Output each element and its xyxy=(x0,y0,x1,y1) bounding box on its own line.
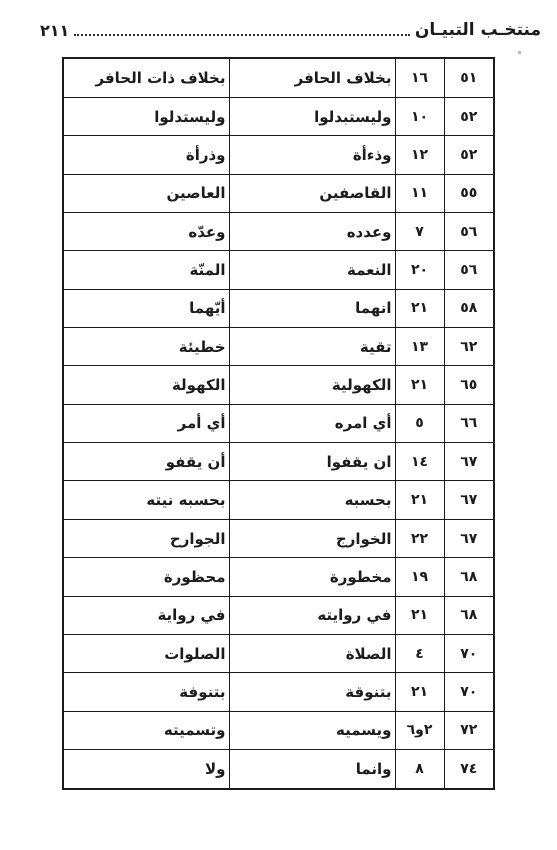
line-cell: ٢١ xyxy=(395,289,444,327)
page-cell: ٦٥ xyxy=(444,366,494,404)
error-cell: بحسبه xyxy=(229,481,395,519)
book-title: منتخـب التبيـان xyxy=(415,21,541,40)
error-cell: تقية xyxy=(229,328,395,366)
line-cell: ٥ xyxy=(395,404,444,442)
correction-cell: وتسميته xyxy=(63,711,229,749)
error-cell: انهما xyxy=(229,289,395,327)
page-cell: ٥٦ xyxy=(444,251,494,289)
error-cell: بتنوقة xyxy=(229,673,395,711)
scan-speck xyxy=(518,51,521,54)
correction-cell: ولا xyxy=(63,749,229,789)
line-cell: ٢٠ xyxy=(395,251,444,289)
correction-cell: أي أمر xyxy=(63,404,229,442)
error-cell: وليستبدلوا xyxy=(229,97,395,135)
line-cell: ٢٢ xyxy=(395,519,444,557)
table-row: ٥٦٧وعددهوعدّه xyxy=(63,212,494,250)
error-cell: مخطورة xyxy=(229,558,395,596)
line-cell: ١٩ xyxy=(395,558,444,596)
line-cell: ٢١ xyxy=(395,481,444,519)
correction-cell: بخلاف ذات الحافر xyxy=(63,58,229,97)
table-row: ٧٢٢و٦ويسميهوتسميته xyxy=(63,711,494,749)
page-cell: ٦٧ xyxy=(444,481,494,519)
page-cell: ٦٦ xyxy=(444,404,494,442)
dot-leader xyxy=(74,33,410,36)
table-row: ٦٧٢١بحسبهبحسبه نيته xyxy=(63,481,494,519)
line-cell: ٢١ xyxy=(395,673,444,711)
line-cell: ١٠ xyxy=(395,97,444,135)
error-cell: ويسميه xyxy=(229,711,395,749)
line-cell: ١٦ xyxy=(395,58,444,97)
scanned-book-page: منتخـب التبيـان ٢١١ ٥١١٦بخلاف الحافربخلا… xyxy=(0,0,557,850)
line-cell: ٢١ xyxy=(395,366,444,404)
correction-cell: أن يقفو xyxy=(63,443,229,481)
line-cell: ١٣ xyxy=(395,328,444,366)
error-cell: وانما xyxy=(229,749,395,789)
running-header: منتخـب التبيـان ٢١١ xyxy=(40,18,541,40)
table-row: ٦٨١٩مخطورةمحظورة xyxy=(63,558,494,596)
table-row: ٥٦٢٠النعمةالمنّة xyxy=(63,251,494,289)
correction-cell: الكهولة xyxy=(63,366,229,404)
error-cell: وذءأة xyxy=(229,136,395,174)
correction-cell: الجوارح xyxy=(63,519,229,557)
page-cell: ٥٥ xyxy=(444,174,494,212)
correction-cell: بتنوفة xyxy=(63,673,229,711)
line-cell: ١٢ xyxy=(395,136,444,174)
correction-cell: خطيئة xyxy=(63,328,229,366)
page-cell: ٥١ xyxy=(444,58,494,97)
page-number: ٢١١ xyxy=(40,22,69,40)
line-cell: ١٤ xyxy=(395,443,444,481)
errata-table-body: ٥١١٦بخلاف الحافربخلاف ذات الحافر٥٢١٠وليس… xyxy=(63,58,494,789)
page-cell: ٥٨ xyxy=(444,289,494,327)
page-cell: ٥٢ xyxy=(444,97,494,135)
table-row: ٦٦٥أي امرهأي أمر xyxy=(63,404,494,442)
page-cell: ٧٠ xyxy=(444,634,494,672)
line-cell: ٢١ xyxy=(395,596,444,634)
table-row: ٦٧١٤ان يقفواأن يقفو xyxy=(63,443,494,481)
error-cell: بخلاف الحافر xyxy=(229,58,395,97)
error-cell: الكهولية xyxy=(229,366,395,404)
table-row: ٦٥٢١الكهوليةالكهولة xyxy=(63,366,494,404)
table-row: ٥٥١١القاصفينالعاصين xyxy=(63,174,494,212)
table-row: ٥٨٢١انهماأيّهما xyxy=(63,289,494,327)
error-cell: في روايته xyxy=(229,596,395,634)
correction-cell: المنّة xyxy=(63,251,229,289)
table-row: ٧٤٨وانماولا xyxy=(63,749,494,789)
correction-cell: في رواية xyxy=(63,596,229,634)
error-cell: وعدده xyxy=(229,212,395,250)
page-cell: ٦٨ xyxy=(444,558,494,596)
line-cell: ١١ xyxy=(395,174,444,212)
correction-cell: وعدّه xyxy=(63,212,229,250)
correction-cell: محظورة xyxy=(63,558,229,596)
error-cell: الخوارج xyxy=(229,519,395,557)
table-row: ٥٢١٠وليستبدلواوليستدلوا xyxy=(63,97,494,135)
correction-cell: وذرأة xyxy=(63,136,229,174)
correction-cell: الصلوات xyxy=(63,634,229,672)
page-cell: ٦٧ xyxy=(444,519,494,557)
correction-cell: وليستدلوا xyxy=(63,97,229,135)
table-row: ٦٢١٣تقيةخطيئة xyxy=(63,328,494,366)
page-cell: ٥٢ xyxy=(444,136,494,174)
line-cell: ٤ xyxy=(395,634,444,672)
page-cell: ٦٨ xyxy=(444,596,494,634)
error-cell: النعمة xyxy=(229,251,395,289)
table-row: ٥٢١٢وذءأةوذرأة xyxy=(63,136,494,174)
correction-cell: أيّهما xyxy=(63,289,229,327)
page-cell: ٦٧ xyxy=(444,443,494,481)
page-cell: ٥٦ xyxy=(444,212,494,250)
line-cell: ٧ xyxy=(395,212,444,250)
page-cell: ٧٠ xyxy=(444,673,494,711)
errata-table: ٥١١٦بخلاف الحافربخلاف ذات الحافر٥٢١٠وليس… xyxy=(62,57,495,790)
line-cell: ٨ xyxy=(395,749,444,789)
page-cell: ٧٢ xyxy=(444,711,494,749)
page-cell: ٧٤ xyxy=(444,749,494,789)
correction-cell: بحسبه نيته xyxy=(63,481,229,519)
error-cell: ان يقفوا xyxy=(229,443,395,481)
table-row: ٦٧٢٢الخوارجالجوارح xyxy=(63,519,494,557)
table-row: ٧٠٤الصلاةالصلوات xyxy=(63,634,494,672)
error-cell: الصلاة xyxy=(229,634,395,672)
error-cell: أي امره xyxy=(229,404,395,442)
correction-cell: العاصين xyxy=(63,174,229,212)
error-cell: القاصفين xyxy=(229,174,395,212)
page-cell: ٦٢ xyxy=(444,328,494,366)
table-row: ٧٠٢١بتنوقةبتنوفة xyxy=(63,673,494,711)
table-row: ٦٨٢١في روايتهفي رواية xyxy=(63,596,494,634)
line-cell: ٢و٦ xyxy=(395,711,444,749)
table-row: ٥١١٦بخلاف الحافربخلاف ذات الحافر xyxy=(63,58,494,97)
